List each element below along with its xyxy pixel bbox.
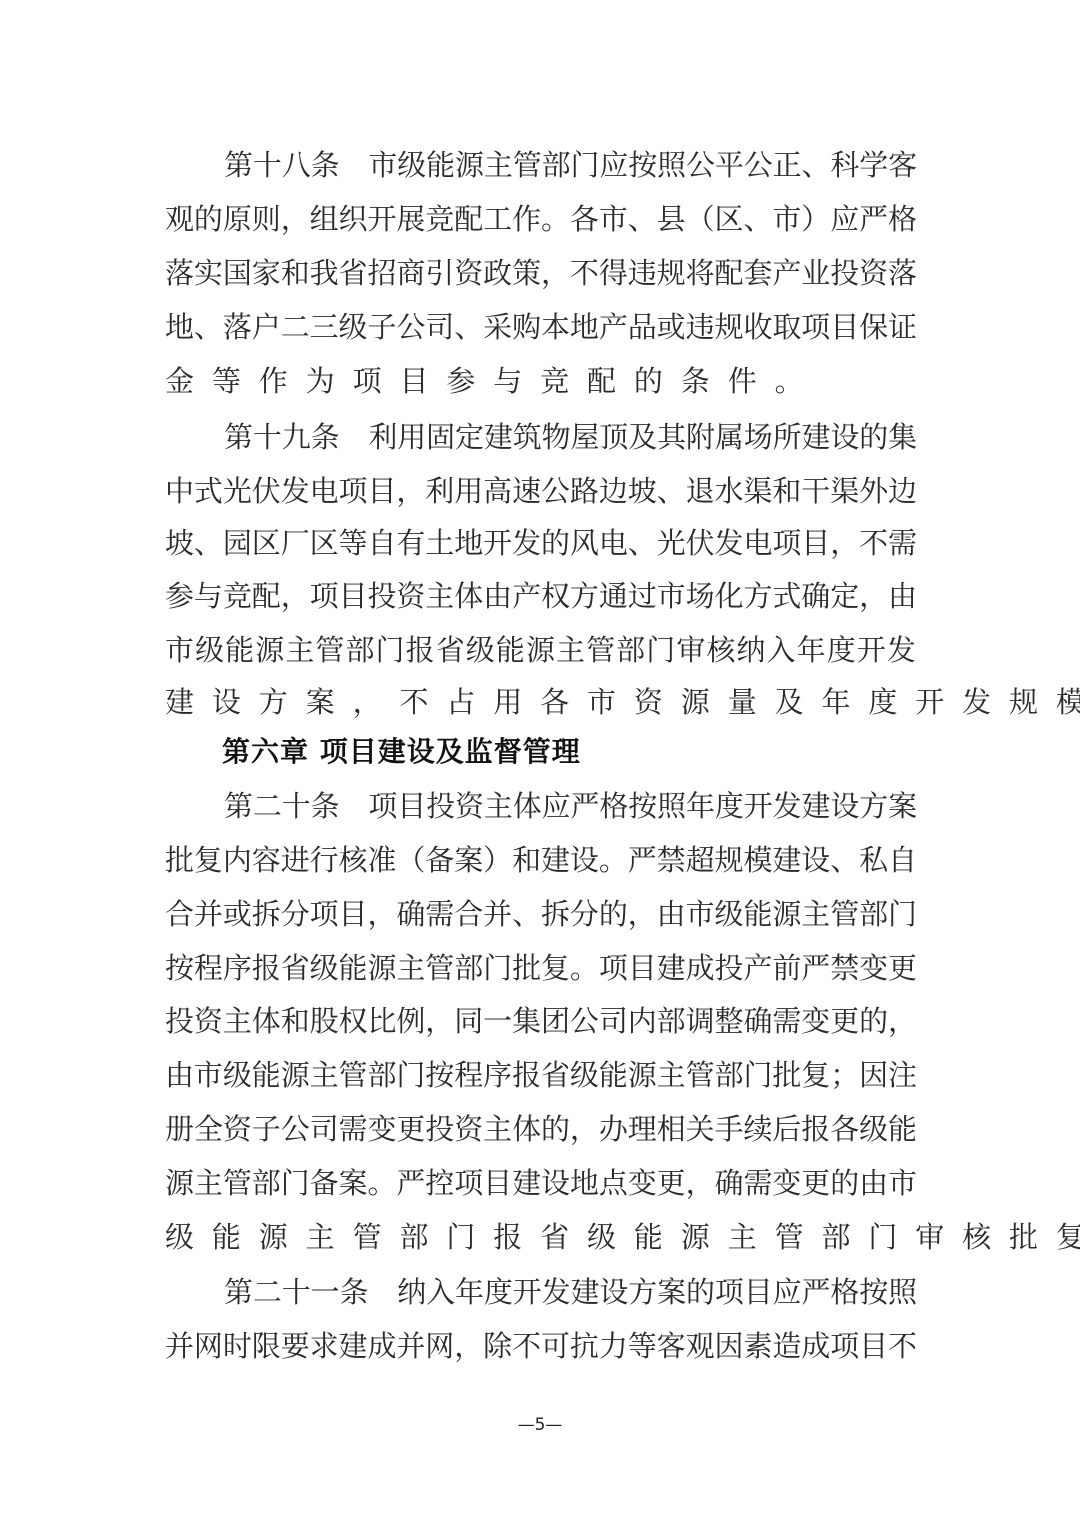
article-20-line-9: 级能源主管部门报省级能源主管部门审核批复。 (165, 1217, 917, 1257)
article-19-line-5: 市级能源主管部门报省级能源主管部门审核纳入年度开发 (165, 630, 917, 670)
article-20-line-7: 册全资子公司需变更投资主体的，办理相关手续后报各级能 (165, 1109, 917, 1149)
article-19-line-3: 坡、园区厂区等自有土地开发的风电、光伏发电项目，不需 (165, 523, 917, 563)
article-21-line-2: 并网时限要求建成并网，除不可抗力等客观因素造成项目不 (165, 1326, 917, 1366)
page-number: —5— (0, 1415, 1080, 1435)
article-18-line-4: 地、落户二三级子公司、采购本地产品或违规收取项目保证 (165, 307, 917, 347)
article-20-line-4: 按程序报省级能源主管部门批复。项目建成投产前严禁变更 (165, 948, 917, 988)
article-19-line-6: 建设方案，不占用各市资源量及年度开发规模。 (165, 682, 917, 722)
article-18-line-5: 金等作为项目参与竞配的条件。 (165, 361, 917, 401)
article-18-line-3: 落实国家和我省招商引资政策，不得违规将配套产业投资落 (165, 253, 917, 293)
article-18-line-1: 第十八条 市级能源主管部门应按照公平公正、科学客 (224, 145, 917, 185)
article-20-line-6: 由市级能源主管部门按程序报省级能源主管部门批复；因注 (165, 1055, 917, 1095)
article-20-line-8: 源主管部门备案。严控项目建设地点变更，确需变更的由市 (165, 1163, 917, 1203)
article-20-line-3: 合并或拆分项目，确需合并、拆分的，由市级能源主管部门 (165, 894, 917, 934)
article-20-line-1: 第二十条 项目投资主体应严格按照年度开发建设方案 (224, 786, 917, 826)
article-21-line-1: 第二十一条 纳入年度开发建设方案的项目应严格按照 (224, 1272, 917, 1312)
chapter-heading: 第六章 项目建设及监督管理 (222, 732, 581, 772)
article-19-line-1: 第十九条 利用固定建筑物屋顶及其附属场所建设的集 (224, 417, 917, 457)
document-page: 第十八条 市级能源主管部门应按照公平公正、科学客 观的原则，组织开展竞配工作。各… (0, 0, 1080, 1527)
article-19-line-2: 中式光伏发电项目，利用高速公路边坡、退水渠和干渠外边 (165, 471, 917, 511)
article-20-line-2: 批复内容进行核准（备案）和建设。严禁超规模建设、私自 (165, 840, 917, 880)
article-18-line-2: 观的原则，组织开展竞配工作。各市、县（区、市）应严格 (165, 199, 917, 239)
article-19-line-4: 参与竞配，项目投资主体由产权方通过市场化方式确定，由 (165, 576, 917, 616)
article-20-line-5: 投资主体和股权比例，同一集团公司内部调整确需变更的， (165, 1001, 917, 1041)
